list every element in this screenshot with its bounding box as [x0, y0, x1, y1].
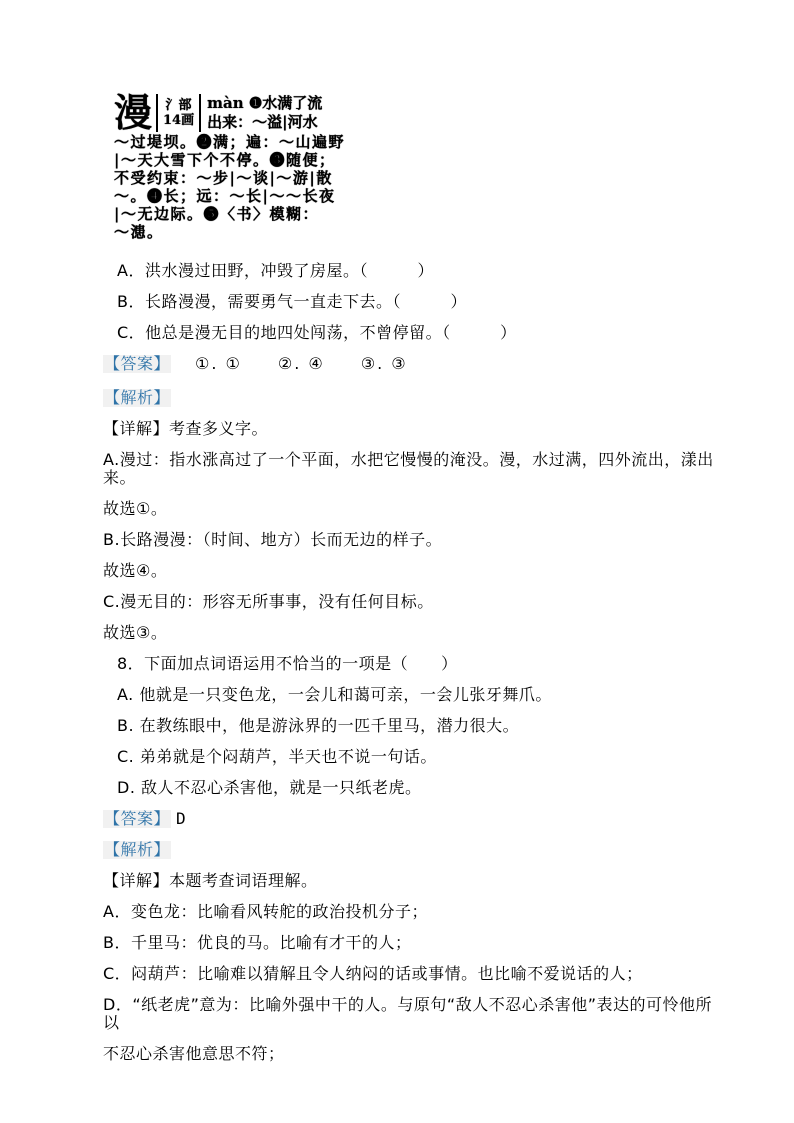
dictionary-pinyin-definition: màn ❶水满了流 出来：～溢|河水 — [201, 94, 370, 132]
exam-document-page: 漫 氵部 14画 màn ❶水满了流 出来：～溢|河水 ～过堤坝。❷满；遍：～山… — [0, 0, 794, 1123]
q8-option-a: A. 他就是一只变色龙，一会儿和蔼可亲，一会儿张牙舞爪。 — [117, 686, 728, 704]
q7-analysis-line: A.漫过：指水涨高过了一个平面，水把它慢慢的淹没。漫，水过满，四外流出，漾出来。 — [103, 451, 728, 487]
dictionary-strokes: 14画 — [163, 113, 194, 128]
dictionary-entry-image: 漫 氵部 14画 màn ❶水满了流 出来：～溢|河水 ～过堤坝。❷满；遍：～山… — [114, 93, 370, 241]
dictionary-def-line: 出来：～溢|河水 — [207, 113, 370, 132]
dictionary-def-line: |～无边际。❺〈书〉模糊： — [114, 205, 370, 223]
q8-analysis-line: B．千里马：优良的马。比喻有才干的人； — [103, 934, 728, 952]
q8-analysis-line: C．闷葫芦：比喻难以猜解且令人纳闷的话或事情。也比喻不爱说话的人； — [103, 965, 728, 983]
dictionary-radical: 氵部 — [163, 98, 194, 113]
dictionary-def-line: ～漶。 — [114, 223, 370, 241]
q8-analysis-line: A．变色龙：比喻看风转舵的政治投机分子； — [103, 903, 728, 921]
q8-answer-value: D — [176, 809, 186, 828]
dictionary-def-line: 不受约束：～步|～谈|～游|散 — [114, 169, 370, 187]
q8-option-b: B. 在教练眼中，他是游泳界的一匹千里马，潜力很大。 — [117, 717, 728, 735]
dictionary-def-line: ～。❹长；远：～长|～～长夜 — [114, 187, 370, 205]
analysis-label: 【解析】 — [103, 841, 171, 859]
q7-detail-line: 【详解】考查多义字。 — [103, 420, 728, 438]
q7-analysis-line: B.长路漫漫：（时间、地方）长而无边的样子。 — [103, 531, 728, 549]
analysis-label: 【解析】 — [103, 389, 171, 407]
answer-label: 【答案】 — [103, 355, 171, 373]
q8-option-c: C. 弟弟就是个闷葫芦，半天也不说一句话。 — [117, 748, 728, 766]
q8-detail-line: 【详解】本题考查词语理解。 — [103, 872, 728, 890]
q7-analysis-line: 故选③。 — [103, 624, 728, 642]
q7-analysis-line: 故选①。 — [103, 500, 728, 518]
dictionary-def-line: màn ❶水满了流 — [207, 94, 370, 113]
q7-analysis-line: 故选④。 — [103, 562, 728, 580]
dictionary-def-line: ～过堤坝。❷满；遍：～山遍野 — [114, 133, 370, 151]
q8-analysis-label-line: 【解析】 — [103, 841, 728, 859]
q7-option-b: B．长路漫漫，需要勇气一直走下去。（ ） — [117, 293, 728, 311]
answer-label: 【答案】 — [103, 810, 171, 828]
dictionary-entry-header: 漫 氵部 14画 màn ❶水满了流 出来：～溢|河水 — [114, 93, 370, 133]
dictionary-headword: 漫 — [114, 93, 152, 133]
q7-answer-value: ①. ① ②. ④ ③. ③ — [195, 354, 408, 373]
q8-option-d: D. 敌人不忍心杀害他，就是一只纸老虎。 — [117, 779, 728, 797]
dictionary-radical-strokes: 氵部 14画 — [156, 94, 201, 132]
q7-option-c: C．他总是漫无目的地四处闯荡，不曾停留。（ ） — [117, 324, 728, 342]
q8-analysis-line: 不忍心杀害他意思不符； — [103, 1045, 728, 1063]
q8-stem: 8．下面加点词语运用不恰当的一项是（ ） — [117, 655, 728, 673]
q7-option-a: A．洪水漫过田野，冲毁了房屋。（ ） — [117, 262, 728, 280]
q7-analysis-label-line: 【解析】 — [103, 389, 728, 407]
dictionary-entry-body: ～过堤坝。❷满；遍：～山遍野 |～天大雪下个不停。❸随便； 不受约束：～步|～谈… — [114, 133, 370, 241]
q7-analysis-line: C.漫无目的：形容无所事事，没有任何目标。 — [103, 593, 728, 611]
q8-analysis-line: D．“纸老虎”意为：比喻外强中干的人。与原句“敌人不忍心杀害他”表达的可怜他所以 — [103, 996, 728, 1032]
q7-answer-line: 【答案】①. ① ②. ④ ③. ③ — [103, 355, 728, 373]
dictionary-def-line: |～天大雪下个不停。❸随便； — [114, 151, 370, 169]
q8-answer-line: 【答案】D — [103, 810, 728, 828]
